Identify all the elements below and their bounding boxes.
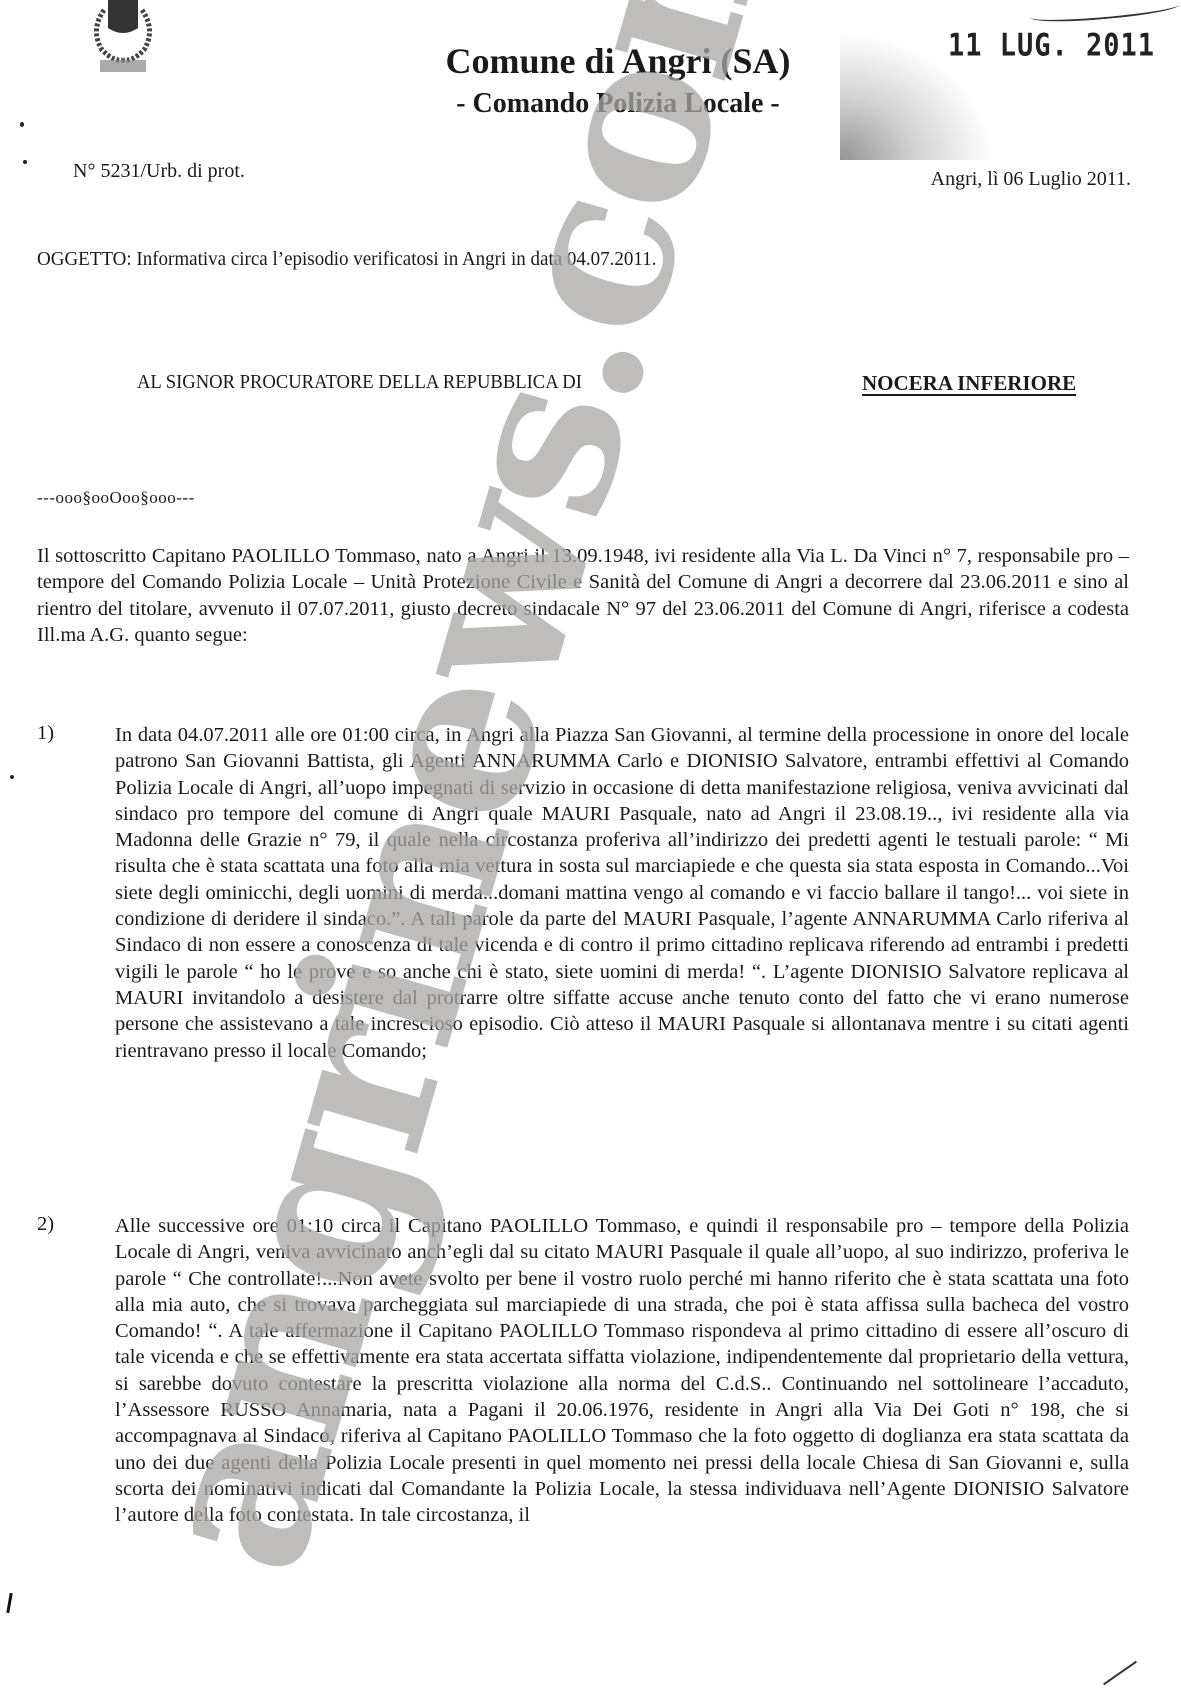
scan-speck <box>23 160 27 164</box>
place-date: Angri, lì 06 Luglio 2011. <box>931 168 1131 191</box>
header-subtitle: - Comando Polizia Locale - <box>0 88 1181 120</box>
header-title: Comune di Angri (SA) <box>0 40 1181 82</box>
addressee-place: NOCERA INFERIORE <box>862 371 1076 396</box>
separator: ---ooo§ooOoo§ooo--- <box>37 488 195 508</box>
addressee-label: AL SIGNOR PROCURATORE DELLA REPUBBLICA D… <box>137 371 582 394</box>
item-number: 1) <box>37 722 54 745</box>
item-paragraph: In data 04.07.2011 alle ore 01:00 circa,… <box>115 722 1129 1064</box>
page-corner-mark <box>1103 1661 1137 1686</box>
item-number: 2) <box>37 1213 54 1236</box>
scan-speck <box>10 775 14 779</box>
protocol-number: N° 5231/Urb. di prot. <box>73 160 245 183</box>
item-paragraph: Alle successive ore 01:10 circa il Capit… <box>115 1213 1129 1529</box>
intro-paragraph: Il sottoscritto Capitano PAOLILLO Tommas… <box>37 543 1129 648</box>
scan-speck <box>20 122 24 127</box>
subject-line: OGGETTO: Informativa circa l’episodio ve… <box>37 248 656 271</box>
stamp-pen-stroke <box>1030 0 1181 26</box>
scan-mark <box>6 1593 12 1613</box>
